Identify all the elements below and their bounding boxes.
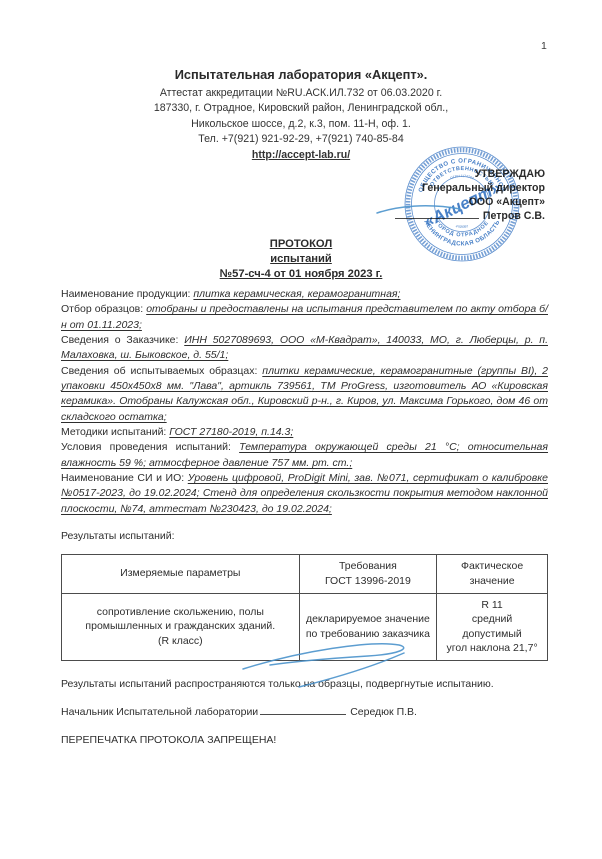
column-header-parameters: Измеряемые параметры (62, 554, 300, 593)
approver-position: Генеральный директор (395, 182, 545, 196)
approval-block: УТВЕРЖДАЮ Генеральный директор ООО «Акце… (395, 168, 545, 224)
stamp-text-inner-bottom-small: 4709397 (455, 224, 468, 229)
approver-signature-row: Петров С.В. (395, 209, 545, 224)
approver-company: ООО «Акцепт» (395, 196, 545, 210)
detail-conditions: Условия проведения испытаний: Температур… (61, 440, 548, 471)
signatory-name: Середюк П.В. (350, 706, 417, 718)
protocol-number: №57-сч-4 от 01 ноября 2023 г. (0, 267, 602, 282)
results-table: Измеряемые параметры Требования ГОСТ 139… (61, 554, 548, 661)
phone-line: Тел. +7(921) 921-92-29, +7(921) 740-85-8… (0, 132, 602, 148)
detail-label: Наименование СИ и ИО: (61, 472, 184, 484)
cell-actual-value: R 11 средний допустимый угол наклона 21,… (437, 593, 548, 660)
table-row: сопротивление скольжению, полы промышлен… (62, 593, 548, 660)
reprint-warning: ПЕРЕПЕЧАТКА ПРОТОКОЛА ЗАПРЕЩЕНА! (61, 733, 548, 748)
signature-row: Начальник Испытательной лабораторииСеред… (61, 705, 548, 720)
detail-product: Наименование продукции: плитка керамичес… (61, 287, 548, 302)
table-header-row: Измеряемые параметры Требования ГОСТ 139… (62, 554, 548, 593)
svg-text:4709397: 4709397 (455, 224, 468, 229)
protocol-subtitle: испытаний (0, 252, 602, 267)
page-number: 1 (541, 40, 547, 52)
detail-customer: Сведения о Заказчике: ИНН 5027089693, ОО… (61, 333, 548, 364)
cell-parameter: сопротивление скольжению, полы промышлен… (62, 593, 300, 660)
document-page: 1 Испытательная лаборатория «Акцепт». Ат… (0, 0, 602, 859)
detail-equipment: Наименование СИ и ИО: Уровень цифровой, … (61, 471, 548, 517)
address-line-2: Никольское шоссе, д.2, к.3, пом. 11-Н, о… (0, 117, 602, 133)
letterhead: Испытательная лаборатория «Акцепт». Атте… (0, 67, 602, 164)
detail-samples: Сведения об испытываемых образцах: плитк… (61, 364, 548, 425)
protocol-heading: ПРОТОКОЛ испытаний №57-сч-4 от 01 ноября… (0, 237, 602, 283)
approval-label: УТВЕРЖДАЮ (395, 168, 545, 182)
signature-line (260, 705, 346, 715)
detail-label: Методики испытаний: (61, 426, 166, 438)
column-header-actual: Фактическое значение (437, 554, 548, 593)
approver-name: Петров С.В. (483, 210, 545, 222)
detail-label: Сведения об испытываемых образцах: (61, 365, 257, 377)
address-line-1: 187330, г. Отрадное, Кировский район, Ле… (0, 101, 602, 117)
results-disclaimer: Результаты испытаний распространяются то… (61, 677, 548, 692)
detail-label: Сведения о Заказчике: (61, 334, 178, 346)
accreditation-line: Аттестат аккредитации №RU.АСК.ИЛ.732 от … (0, 86, 602, 102)
detail-label: Наименование продукции: (61, 288, 190, 300)
org-name: Испытательная лаборатория «Акцепт». (0, 67, 602, 83)
column-header-requirements: Требования ГОСТ 13996-2019 (299, 554, 437, 593)
detail-label: Условия проведения испытаний: (61, 441, 231, 453)
detail-label: Отбор образцов: (61, 303, 143, 315)
detail-methods: Методики испытаний: ГОСТ 27180-2019, п.1… (61, 425, 548, 440)
detail-sampling: Отбор образцов: отобраны и предоставлены… (61, 302, 548, 333)
protocol-title: ПРОТОКОЛ (0, 237, 602, 252)
document-body: Наименование продукции: плитка керамичес… (61, 287, 548, 749)
website-link[interactable]: http://accept-lab.ru/ (252, 149, 350, 161)
results-heading: Результаты испытаний: (61, 529, 548, 544)
signatory-position: Начальник Испытательной лаборатории (61, 706, 258, 718)
detail-value: плитка керамическая, керамогранитная; (193, 288, 400, 300)
detail-value: ГОСТ 27180-2019, п.14.3; (169, 426, 293, 438)
approver-signature-line (395, 209, 479, 219)
cell-requirement: декларируемое значение по требованию зак… (299, 593, 437, 660)
